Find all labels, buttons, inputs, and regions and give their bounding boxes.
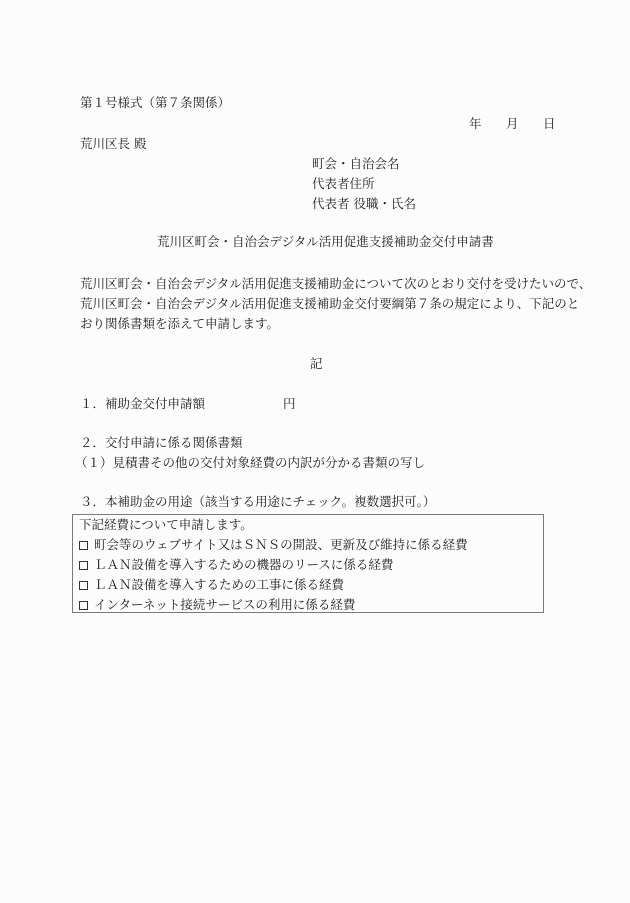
body-line: 荒川区町会・自治会デジタル活用促進支援補助金交付要綱第７条の規定により、下記のと bbox=[80, 294, 560, 314]
item3-label: ３．本補助金の用途（該当する用途にチェック。複数選択可。） bbox=[80, 496, 435, 509]
document-title: 荒川区町会・自治会デジタル活用促進支援補助金交付申請書 bbox=[157, 236, 494, 249]
purpose-option-label: ＬＡＮ設備を導入するための機器のリースに係る経費 bbox=[94, 557, 393, 572]
checkbox[interactable] bbox=[79, 561, 88, 570]
item2-sub: （１）見積書その他の交付対象経費の内訳が分かる書類の写し bbox=[75, 457, 425, 470]
purpose-box: 下記経費について申請します。 町会等のウェブサイト又はＳＮＳの開設、更新及び維持… bbox=[72, 514, 544, 613]
rep-name-field[interactable]: 代表者 役職・氏名 bbox=[312, 198, 416, 211]
org-name-field[interactable]: 町会・自治会名 bbox=[312, 158, 400, 171]
body-paragraph: 荒川区町会・自治会デジタル活用促進支援補助金について次のとおり交付を受けたいので… bbox=[80, 274, 560, 334]
purpose-option-lan-lease[interactable]: ＬＡＮ設備を導入するための機器のリースに係る経費 bbox=[79, 559, 393, 572]
checkbox[interactable] bbox=[79, 581, 88, 590]
item1-label: １．補助金交付申請額 bbox=[80, 398, 205, 411]
date-year-label: 年 bbox=[469, 118, 506, 131]
purpose-option-lan-construction[interactable]: ＬＡＮ設備を導入するための工事に係る経費 bbox=[79, 579, 344, 592]
checkbox[interactable] bbox=[79, 601, 88, 610]
date-month-label: 月 bbox=[506, 118, 543, 131]
purpose-option-internet-service[interactable]: インターネット接続サービスの利用に係る経費 bbox=[79, 599, 355, 612]
purpose-option-label: インターネット接続サービスの利用に係る経費 bbox=[94, 597, 355, 612]
item2-label: ２．交付申請に係る関係書類 bbox=[80, 437, 243, 450]
checkbox[interactable] bbox=[79, 541, 88, 550]
item1-unit: 円 bbox=[283, 396, 296, 411]
purpose-intro: 下記経費について申請します。 bbox=[79, 519, 253, 532]
purpose-option-website-sns[interactable]: 町会等のウェブサイト又はＳＮＳの開設、更新及び維持に係る経費 bbox=[79, 539, 468, 552]
form-number: 第１号様式（第７条関係） bbox=[80, 97, 230, 110]
body-line: 荒川区町会・自治会デジタル活用促進支援補助金について次のとおり交付を受けたいので… bbox=[80, 274, 560, 294]
ki-heading: 記 bbox=[310, 358, 323, 371]
purpose-option-label: ＬＡＮ設備を導入するための工事に係る経費 bbox=[94, 577, 344, 592]
addressee: 荒川区長 殿 bbox=[80, 138, 146, 151]
date-day-label: 日 bbox=[543, 118, 556, 131]
date-field[interactable]: 年月日 bbox=[469, 118, 556, 131]
item1-amount-field[interactable]: 円 bbox=[283, 398, 296, 411]
rep-address-field[interactable]: 代表者住所 bbox=[312, 178, 375, 191]
body-line: おり関係書類を添えて申請します。 bbox=[80, 314, 560, 334]
purpose-option-label: 町会等のウェブサイト又はＳＮＳの開設、更新及び維持に係る経費 bbox=[94, 537, 468, 552]
